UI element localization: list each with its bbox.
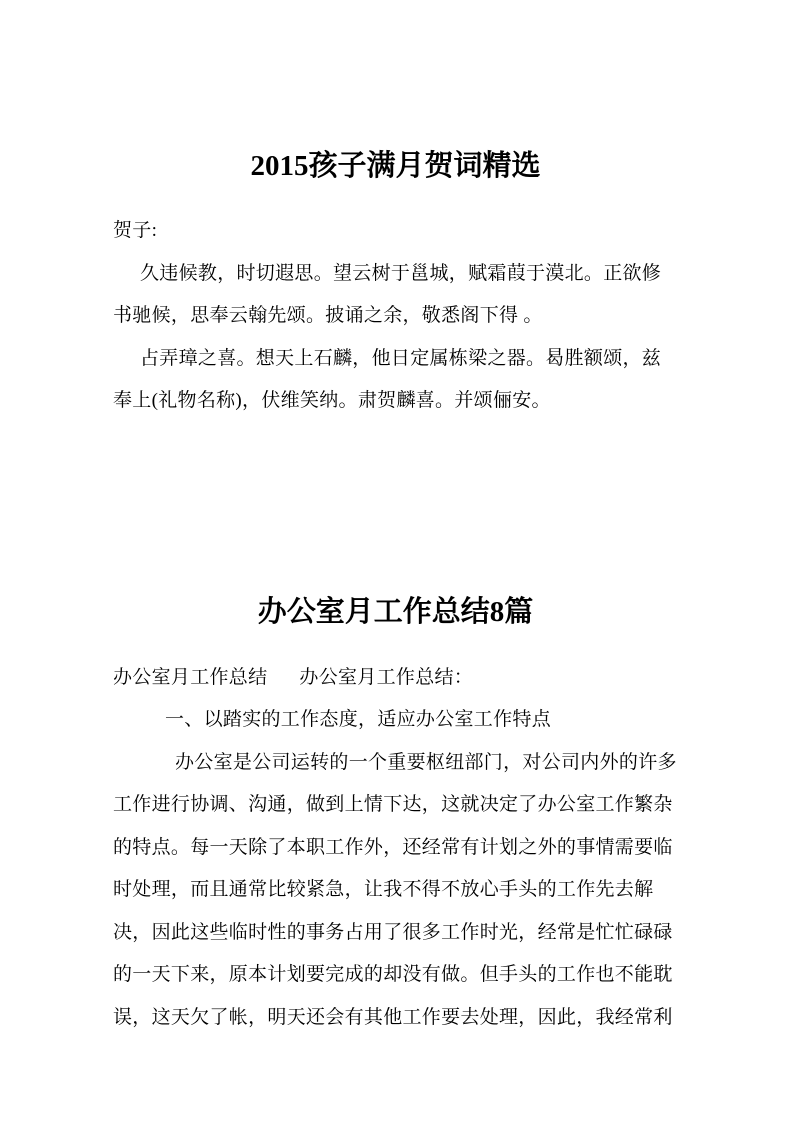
section1-paragraph-1: 久违候教，时切遐思。望云树于邕城，赋霜葭于漠北。正欲修书驰候，思奉云翰先颂。披诵… <box>113 253 678 338</box>
section2-paragraph: 办公室是公司运转的一个重要枢纽部门，对公司内外的许多工作进行协调、沟通，做到上情… <box>113 742 678 1040</box>
section1-title: 2015孩子满月贺词精选 <box>113 146 678 186</box>
section2-subtitle-left: 办公室月工作总结 <box>113 667 267 688</box>
section2-subtitle-right: 办公室月工作总结： <box>299 667 473 688</box>
section2-heading: 一、以踏实的工作态度，适应办公室工作特点 <box>113 699 678 742</box>
section2-title: 办公室月工作总结8篇 <box>113 592 678 632</box>
section1-paragraph-2: 占弄璋之喜。想天上石麟，他日定属栋梁之器。曷胜额颂，兹奉上(礼物名称)，伏维笑纳… <box>113 338 678 423</box>
document-page: 2015孩子满月贺词精选 贺子: 久违候教，时切遐思。望云树于邕城，赋霜葭于漠北… <box>0 0 794 1123</box>
document-content: 2015孩子满月贺词精选 贺子: 久违候教，时切遐思。望云树于邕城，赋霜葭于漠北… <box>0 146 794 1039</box>
section1-salutation: 贺子: <box>113 210 678 253</box>
section2-subtitle-line: 办公室月工作总结办公室月工作总结： <box>113 657 678 700</box>
